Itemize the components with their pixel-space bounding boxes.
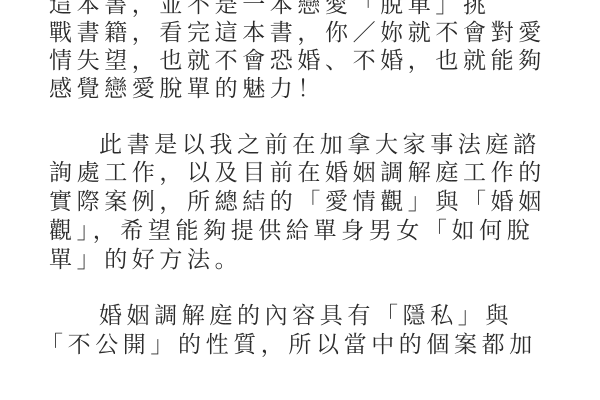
paragraph-line: 戰書籍，看完這本書，你／妳就不會對愛 bbox=[49, 19, 569, 47]
paragraph-line: 感覺戀愛脫單的魅力！ bbox=[49, 75, 569, 103]
paragraph-line: 情失望，也就不會恐婚、不婚，也就能夠 bbox=[49, 47, 569, 75]
document-page: 這本書，並不是一本戀愛「脫單」挑 戰書籍，看完這本書，你／妳就不會對愛 情失望，… bbox=[0, 0, 600, 400]
paragraph-line: 觀」，希望能夠提供給單身男女「如何脫 bbox=[49, 217, 569, 245]
paragraph-line: 詢處工作，以及目前在婚姻調解庭工作的 bbox=[49, 159, 569, 187]
paragraph-line: 單」的好方法。 bbox=[49, 246, 569, 274]
paragraph-line: 「不公開」的性質，所以當中的個案都加 bbox=[40, 331, 560, 359]
paragraph-line: 實際案例，所總結的「愛情觀」與「婚姻 bbox=[49, 188, 569, 216]
paragraph-line: 這本書，並不是一本戀愛「脫單」挑 bbox=[49, 0, 569, 19]
paragraph-line: 此書是以我之前在加拿大家事法庭諮 bbox=[99, 131, 600, 159]
paragraph-line: 婚姻調解庭的內容具有「隱私」與 bbox=[99, 302, 600, 330]
